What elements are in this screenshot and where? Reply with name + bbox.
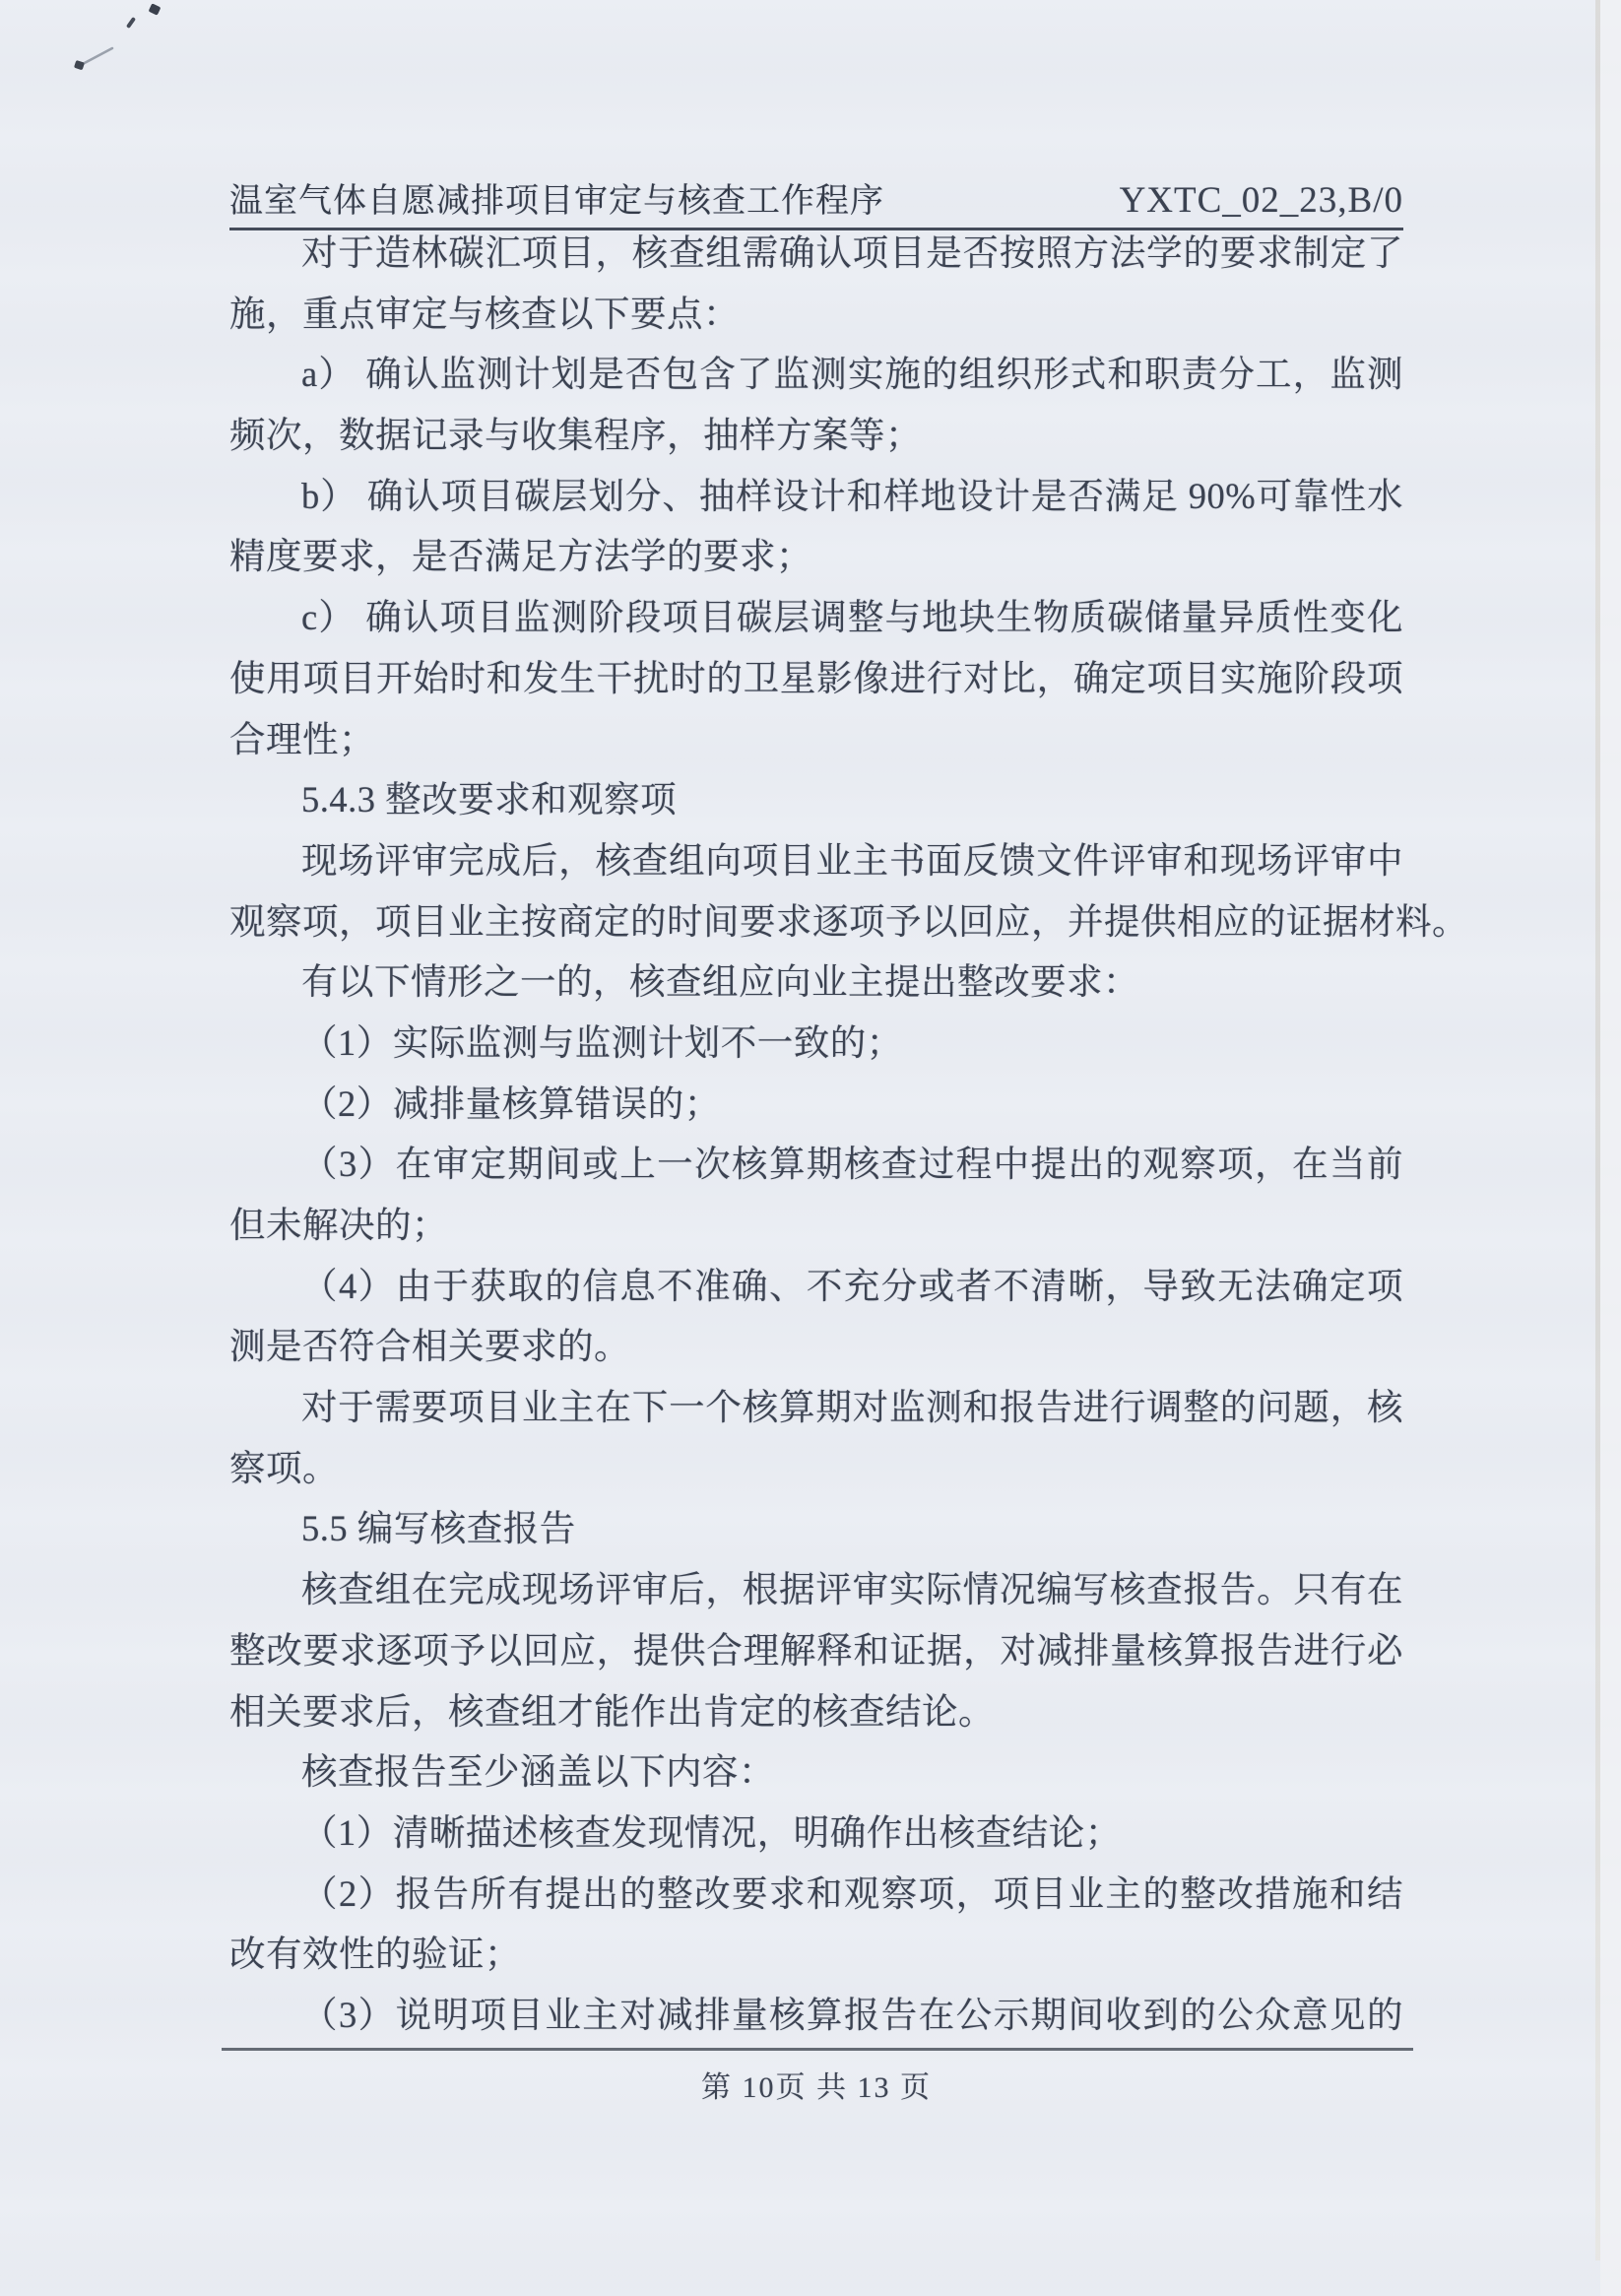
text-line: 观察项，项目业主按商定的时间要求逐项予以回应，并提供相应的证据材料。 xyxy=(229,891,1403,952)
scan-edge-shadow xyxy=(1595,0,1600,2261)
document-title: 温室气体自愿减排项目审定与核查工作程序 xyxy=(229,173,884,222)
text-line: 对于需要项目业主在下一个核算期对监测和报告进行调整的问题，核查组应提出观 xyxy=(229,1377,1403,1438)
text-line: （1）清晰描述核查发现情况，明确作出核查结论； xyxy=(229,1803,1403,1864)
text-line: 改有效性的验证； xyxy=(229,1924,1403,1985)
text-line: （3）说明项目业主对减排量核算报告在公示期间收到的公众意见的解释和处理情 xyxy=(229,1985,1403,2046)
text-line: b） 确认项目碳层划分、抽样设计和样地设计是否满足 90%可靠性水平下 90%的 xyxy=(229,466,1403,527)
ink-speck-icon xyxy=(126,17,136,29)
text-line: 相关要求后，核查组才能作出肯定的核查结论。 xyxy=(229,1681,1403,1742)
text-line: 频次，数据记录与收集程序，抽样方案等； xyxy=(229,405,1403,466)
text-line: 5.5 编写核查报告 xyxy=(229,1498,1403,1559)
text-line: （2）报告所有提出的整改要求和观察项，项目业主的整改措施和结果，以及对整 xyxy=(229,1864,1403,1925)
text-line: 5.4.3 整改要求和观察项 xyxy=(229,769,1403,830)
text-line: 现场评审完成后，核查组向项目业主书面反馈文件评审和现场评审中的整改要求和 xyxy=(229,830,1403,891)
scan-page-edge xyxy=(1600,0,1621,2296)
text-line: 有以下情形之一的，核查组应向业主提出整改要求： xyxy=(229,951,1403,1013)
text-line: a） 确认监测计划是否包含了监测实施的组织形式和职责分工，监测方法、程序和 xyxy=(229,344,1403,405)
footer-divider xyxy=(222,2048,1413,2051)
document-number: YXTC_02_23,B/0 xyxy=(1120,179,1403,222)
text-line: 使用项目开始时和发生干扰时的卫星影像进行对比，确定项目实施阶段项目碳层调整的 xyxy=(229,648,1403,709)
text-line: 整改要求逐项予以回应，提供合理解释和证据，对减排量核算报告进行必要修改并符合 xyxy=(229,1620,1403,1681)
text-line: 精度要求，是否满足方法学的要求； xyxy=(229,526,1403,587)
text-line: 察项。 xyxy=(229,1438,1403,1499)
text-line: 但未解决的； xyxy=(229,1195,1403,1256)
pencil-check-mark-icon xyxy=(71,41,118,71)
text-line: 测是否符合相关要求的。 xyxy=(229,1316,1403,1377)
text-line: （2）减排量核算错误的； xyxy=(229,1074,1403,1135)
text-line: （1）实际监测与监测计划不一致的； xyxy=(229,1013,1403,1074)
page-number: 第 10页 共 13 页 xyxy=(229,2063,1403,2106)
text-line: 合理性； xyxy=(229,709,1403,770)
text-line: （4）由于获取的信息不准确、不充分或者不清晰，导致无法确定项目的运行和监 xyxy=(229,1256,1403,1317)
text-line: （3）在审定期间或上一次核算期核查过程中提出的观察项，在当前核算期应解决 xyxy=(229,1134,1403,1195)
text-line: 对于造林碳汇项目，核查组需确认项目是否按照方法学的要求制定了监测计划并实 xyxy=(229,223,1403,284)
text-line: 施，重点审定与核查以下要点： xyxy=(229,284,1403,345)
ink-speck-icon xyxy=(149,3,162,15)
text-line: 核查报告至少涵盖以下内容： xyxy=(229,1741,1403,1803)
scanned-document-page: 温室气体自愿减排项目审定与核查工作程序 YXTC_02_23,B/0 对于造林碳… xyxy=(0,0,1621,2296)
text-line: 核查组在完成现场评审后，根据评审实际情况编写核查报告。只有在项目业主根据 xyxy=(229,1559,1403,1620)
text-line: c） 确认项目监测阶段项目碳层调整与地块生物质碳储量异质性变化的符合性，可 xyxy=(229,587,1403,648)
document-body: 对于造林碳汇项目，核查组需确认项目是否按照方法学的要求制定了监测计划并实施，重点… xyxy=(229,223,1403,2046)
